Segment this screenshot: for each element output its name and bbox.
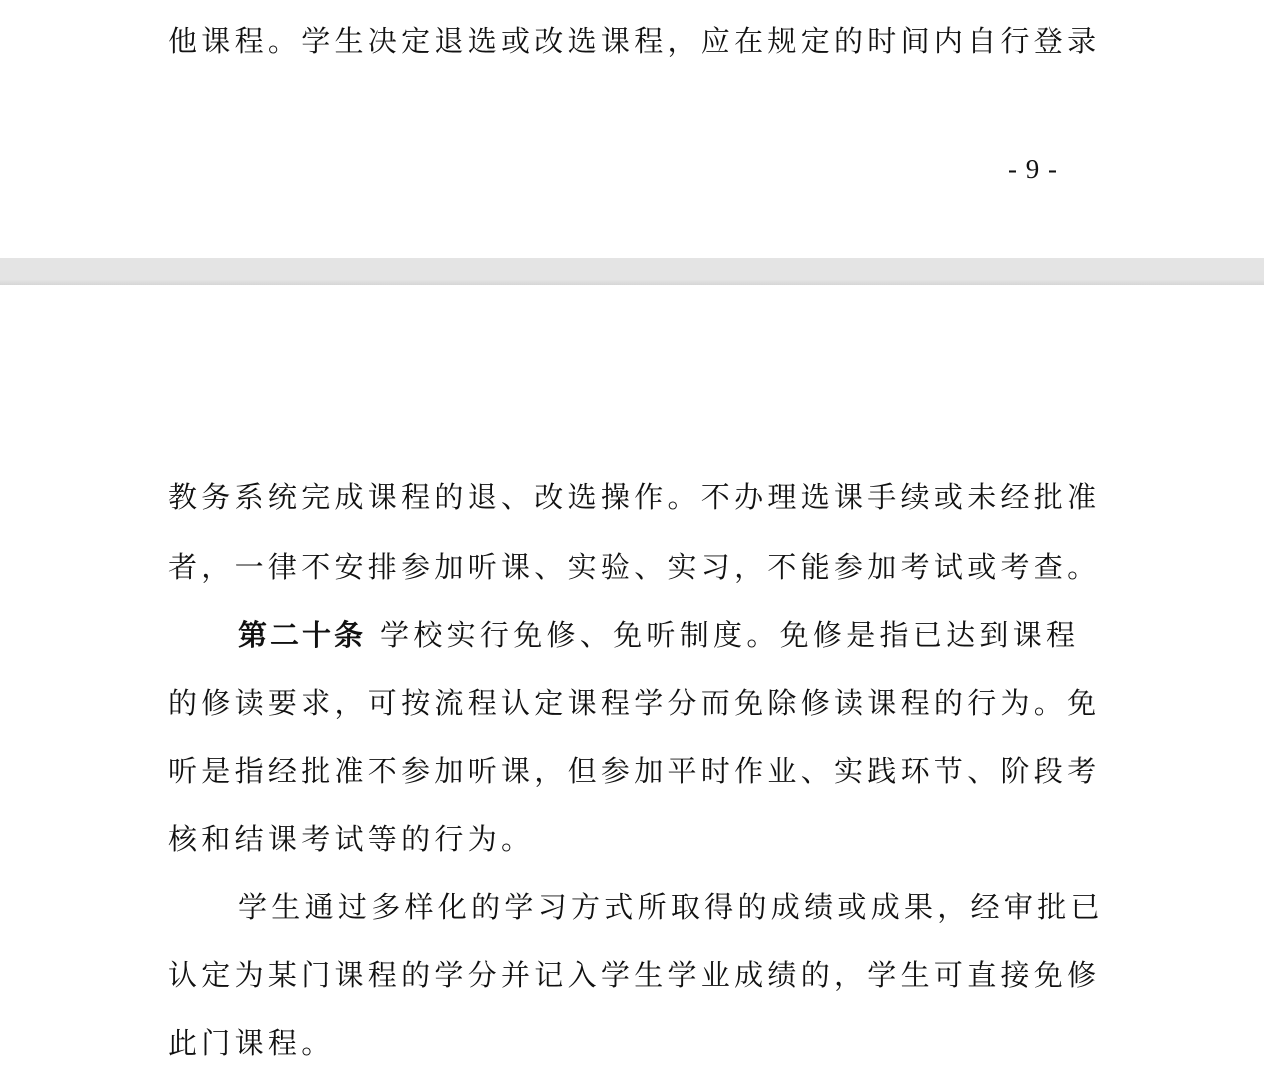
page-separator (0, 258, 1264, 285)
text-line: 此门课程。 (168, 1026, 1113, 1060)
article-first-line: 第二十条学校实行免修、免听制度。免修是指已达到课程 (238, 618, 1113, 652)
page-number: - 9 - (1008, 153, 1058, 185)
text-line: 者，一律不安排参加听课、实验、实习，不能参加考试或考查。 (168, 550, 1113, 584)
text-line: 的修读要求，可按流程认定课程学分而免除修读课程的行为。免 (168, 686, 1113, 720)
text-line: 他课程。学生决定退选或改选课程，应在规定的时间内自行登录 (168, 24, 1113, 58)
article-heading: 第二十条 (238, 618, 366, 652)
text-line: 教务系统完成课程的退、改选操作。不办理选课手续或未经批准 (168, 480, 1113, 514)
text-line: 核和结课考试等的行为。 (168, 822, 1113, 856)
article-text: 学校实行免修、免听制度。免修是指已达到课程 (380, 618, 1079, 652)
document-page-10: 教务系统完成课程的退、改选操作。不办理选课手续或未经批准 者，一律不安排参加听课… (0, 285, 1264, 1076)
paragraph-first-line: 学生通过多样化的学习方式所取得的成绩或成果，经审批已 (238, 890, 1113, 924)
document-page-9: 他课程。学生决定退选或改选课程，应在规定的时间内自行登录 - 9 - (0, 0, 1264, 258)
text-line: 听是指经批准不参加听课，但参加平时作业、实践环节、阶段考 (168, 754, 1113, 788)
text-line: 认定为某门课程的学分并记入学生学业成绩的，学生可直接免修 (168, 958, 1113, 992)
